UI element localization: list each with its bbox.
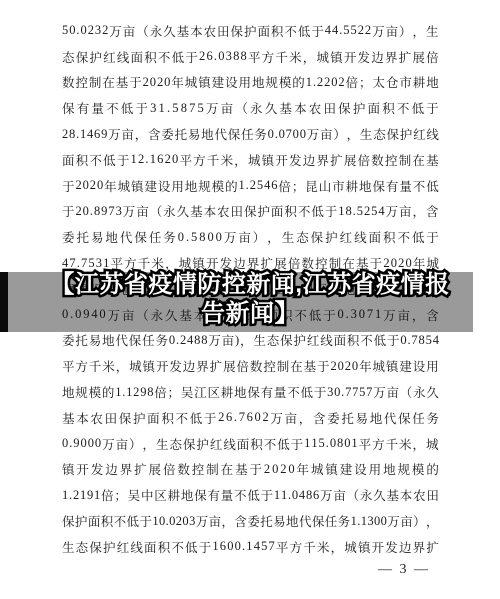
document-line: 28.1469万亩，含委托易地代保任务0.0700万亩），生态保护红线	[62, 121, 439, 147]
document-line: 委托易地代保任务0.5800万亩），生态保护红线面积不低于	[62, 224, 439, 250]
document-line: 于20.8973万亩（永久基本农田保护面积不低于18.5254万亩，含	[62, 199, 439, 225]
document-line: 于2020年城镇建设用地规模的1.2546倍；昆山市耕地保有量不低	[62, 173, 439, 199]
watermark-title: 【江苏省疫情防控新闻,江苏省疫情报 告新闻】	[0, 270, 500, 328]
watermark-title-line2: 告新闻】	[0, 299, 500, 328]
document-line: 镇开发边界扩展倍数控制在基于2020年城镇建设用地规模的	[62, 457, 439, 483]
scanned-document-page: 50.0232万亩（永久基本农田保护面积不低于44.5522万亩），生态保护红线…	[0, 0, 500, 599]
document-line: 保有量不低于31.5875万亩（永久基本农田保护面积不低于	[62, 95, 439, 121]
document-line: 保护面积不低于10.0203万亩，含委托易地代保任务1.1300万亩），	[62, 508, 439, 534]
document-line: 数控制在基于2020年城镇建设用地规模的1.2202倍；太仓市耕地	[62, 70, 439, 96]
document-line: 0.9000万亩），生态保护红线面积不低于115.0801平方千米，城	[62, 431, 439, 457]
document-line: 面积不低于12.1620平方千米，城镇开发边界扩展倍数控制在基	[62, 147, 439, 173]
document-line: 生态保护红线面积不低于1600.1457平方千米，城镇开发边界扩	[62, 534, 439, 560]
document-line: 1.2191倍；吴中区耕地保有量不低于11.0486万亩（永久基本农田	[62, 482, 439, 508]
document-line: 态保护红线面积不低于26.0388平方千米，城镇开发边界扩展倍	[62, 44, 439, 70]
document-line: 50.0232万亩（永久基本农田保护面积不低于44.5522万亩），生	[62, 18, 439, 44]
watermark-title-line1: 【江苏省疫情防控新闻,江苏省疫情报	[0, 270, 500, 299]
document-line: 平方千米，城镇开发边界扩展倍数控制在基于2020年城镇建设用	[62, 353, 439, 379]
page-number: — 3 —	[378, 562, 430, 578]
document-line: 基本农田保护面积不低于26.7602万亩，含委托易地代保任务	[62, 405, 439, 431]
document-line: 地规模的1.1298倍；吴江区耕地保有量不低于30.7757万亩（永久	[62, 379, 439, 405]
